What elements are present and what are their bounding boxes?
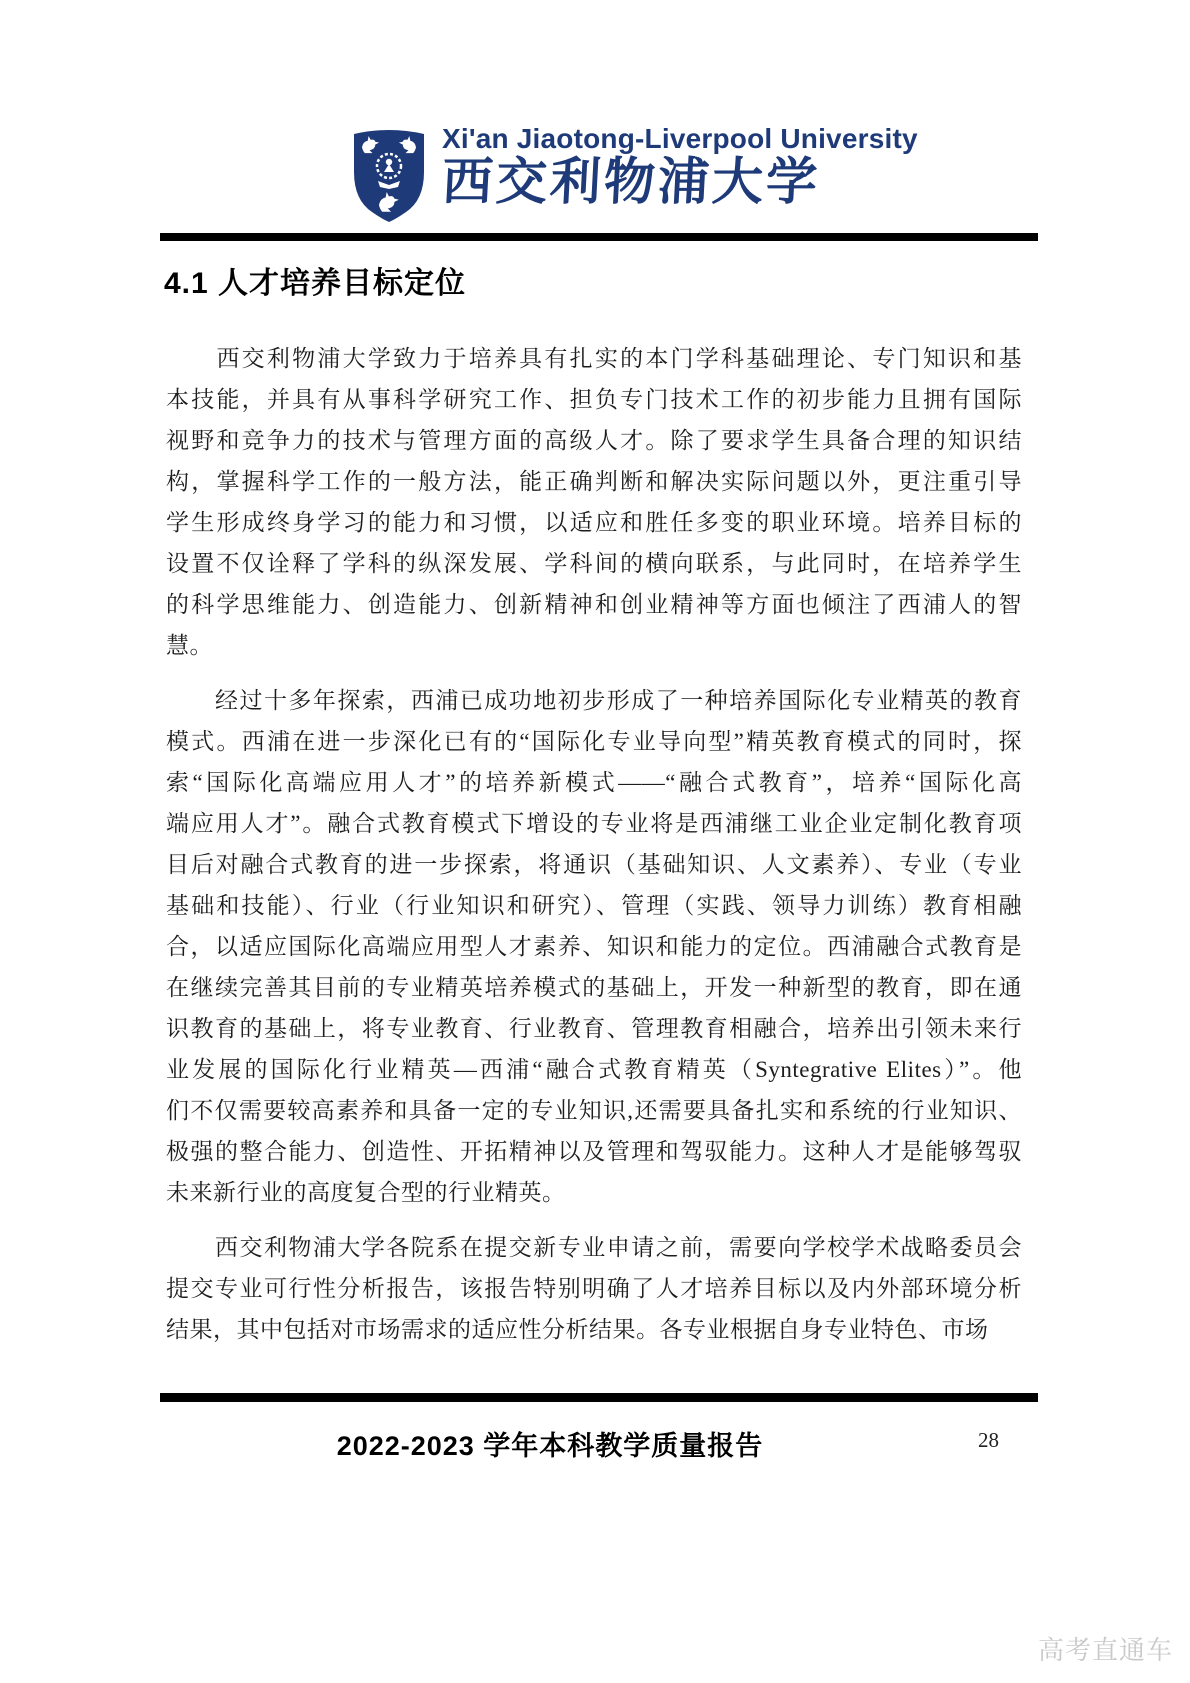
text-line: 们不仅需要较高素养和具备一定的专业知识,还需要具备扎实和系统的行业知识、 (166, 1090, 1022, 1131)
university-name-english: Xi'an Jiaotong-Liverpool University (442, 124, 918, 154)
text-line: 合，以适应国际化高端应用型人才素养、知识和能力的定位。西浦融合式教育是 (166, 926, 1022, 967)
university-shield-icon (350, 124, 428, 224)
watermark-text: 高考直通车 (1038, 1630, 1173, 1667)
report-page: Xi'an Jiaotong-Liverpool University 西交利物… (0, 0, 1190, 1683)
text-line: 本技能，并具有从事科学研究工作、担负专门技术工作的初步能力且拥有国际 (166, 379, 1022, 420)
text-line: 目后对融合式教育的进一步探索，将通识（基础知识、人文素养）、专业（专业 (166, 844, 1022, 885)
text-line: 经过十多年探索，西浦已成功地初步形成了一种培养国际化专业精英的教育 (166, 680, 1022, 721)
text-line: 索“国际化高端应用人才”的培养新模式——“融合式教育”，培养“国际化高 (166, 762, 1022, 803)
text-line: 基础和技能）、行业（行业知识和研究）、管理（实践、领导力训练）教育相融 (166, 885, 1022, 926)
text-line: 构，掌握科学工作的一般方法，能正确判断和解决实际问题以外，更注重引导 (166, 461, 1022, 502)
page-number: 28 (978, 1428, 999, 1453)
text-line: 西交利物浦大学致力于培养具有扎实的本门学科基础理论、专门知识和基 (166, 338, 1022, 379)
text-line: 慧。 (166, 625, 1022, 666)
paragraph-training-goal: 西交利物浦大学致力于培养具有扎实的本门学科基础理论、专门知识和基本技能，并具有从… (166, 338, 1022, 666)
text-line: 设置不仅诠释了学科的纵深发展、学科间的横向联系，与此同时，在培养学生 (166, 543, 1022, 584)
text-line: 在继续完善其目前的专业精英培养模式的基础上，开发一种新型的教育，即在通 (166, 967, 1022, 1008)
text-line: 业发展的国际化行业精英—西浦“融合式教育精英（Syntegrative Elit… (166, 1049, 1022, 1090)
university-logo: Xi'an Jiaotong-Liverpool University 西交利物… (350, 124, 918, 224)
footer-rule (160, 1393, 1038, 1402)
text-line: 的科学思维能力、创造能力、创新精神和创业精神等方面也倾注了西浦人的智 (166, 584, 1022, 625)
text-line: 视野和竞争力的技术与管理方面的高级人才。除了要求学生具备合理的知识结 (166, 420, 1022, 461)
text-line: 未来新行业的高度复合型的行业精英。 (166, 1172, 1022, 1213)
text-line: 提交专业可行性分析报告，该报告特别明确了人才培养目标以及内外部环境分析 (166, 1268, 1022, 1309)
body-text: 西交利物浦大学致力于培养具有扎实的本门学科基础理论、专门知识和基本技能，并具有从… (166, 338, 1022, 1364)
footer-report-title: 2022-2023 学年本科教学质量报告 (160, 1424, 940, 1463)
text-line: 模式。西浦在进一步深化已有的“国际化专业导向型”精英教育模式的同时，探 (166, 721, 1022, 762)
text-line: 学生形成终身学习的能力和习惯，以适应和胜任多变的职业环境。培养目标的 (166, 502, 1022, 543)
university-logo-text: Xi'an Jiaotong-Liverpool University 西交利物… (442, 124, 918, 212)
text-line: 西交利物浦大学各院系在提交新专业申请之前，需要向学校学术战略委员会 (166, 1227, 1022, 1268)
text-line: 极强的整合能力、创造性、开拓精神以及管理和驾驭能力。这种人才是能够驾驭 (166, 1131, 1022, 1172)
text-line: 端应用人才”。融合式教育模式下增设的专业将是西浦继工业企业定制化教育项 (166, 803, 1022, 844)
header-rule (160, 233, 1038, 241)
paragraph-syntegrative-education: 经过十多年探索，西浦已成功地初步形成了一种培养国际化专业精英的教育模式。西浦在进… (166, 680, 1022, 1213)
section-title: 4.1 人才培养目标定位 (164, 258, 466, 302)
paragraph-feasibility-report: 西交利物浦大学各院系在提交新专业申请之前，需要向学校学术战略委员会提交专业可行性… (166, 1227, 1022, 1350)
university-name-chinese: 西交利物浦大学 (440, 154, 919, 212)
text-line: 结果，其中包括对市场需求的适应性分析结果。各专业根据自身专业特色、市场 (166, 1309, 1022, 1350)
text-line: 识教育的基础上，将专业教育、行业教育、管理教育相融合，培养出引领未来行 (166, 1008, 1022, 1049)
